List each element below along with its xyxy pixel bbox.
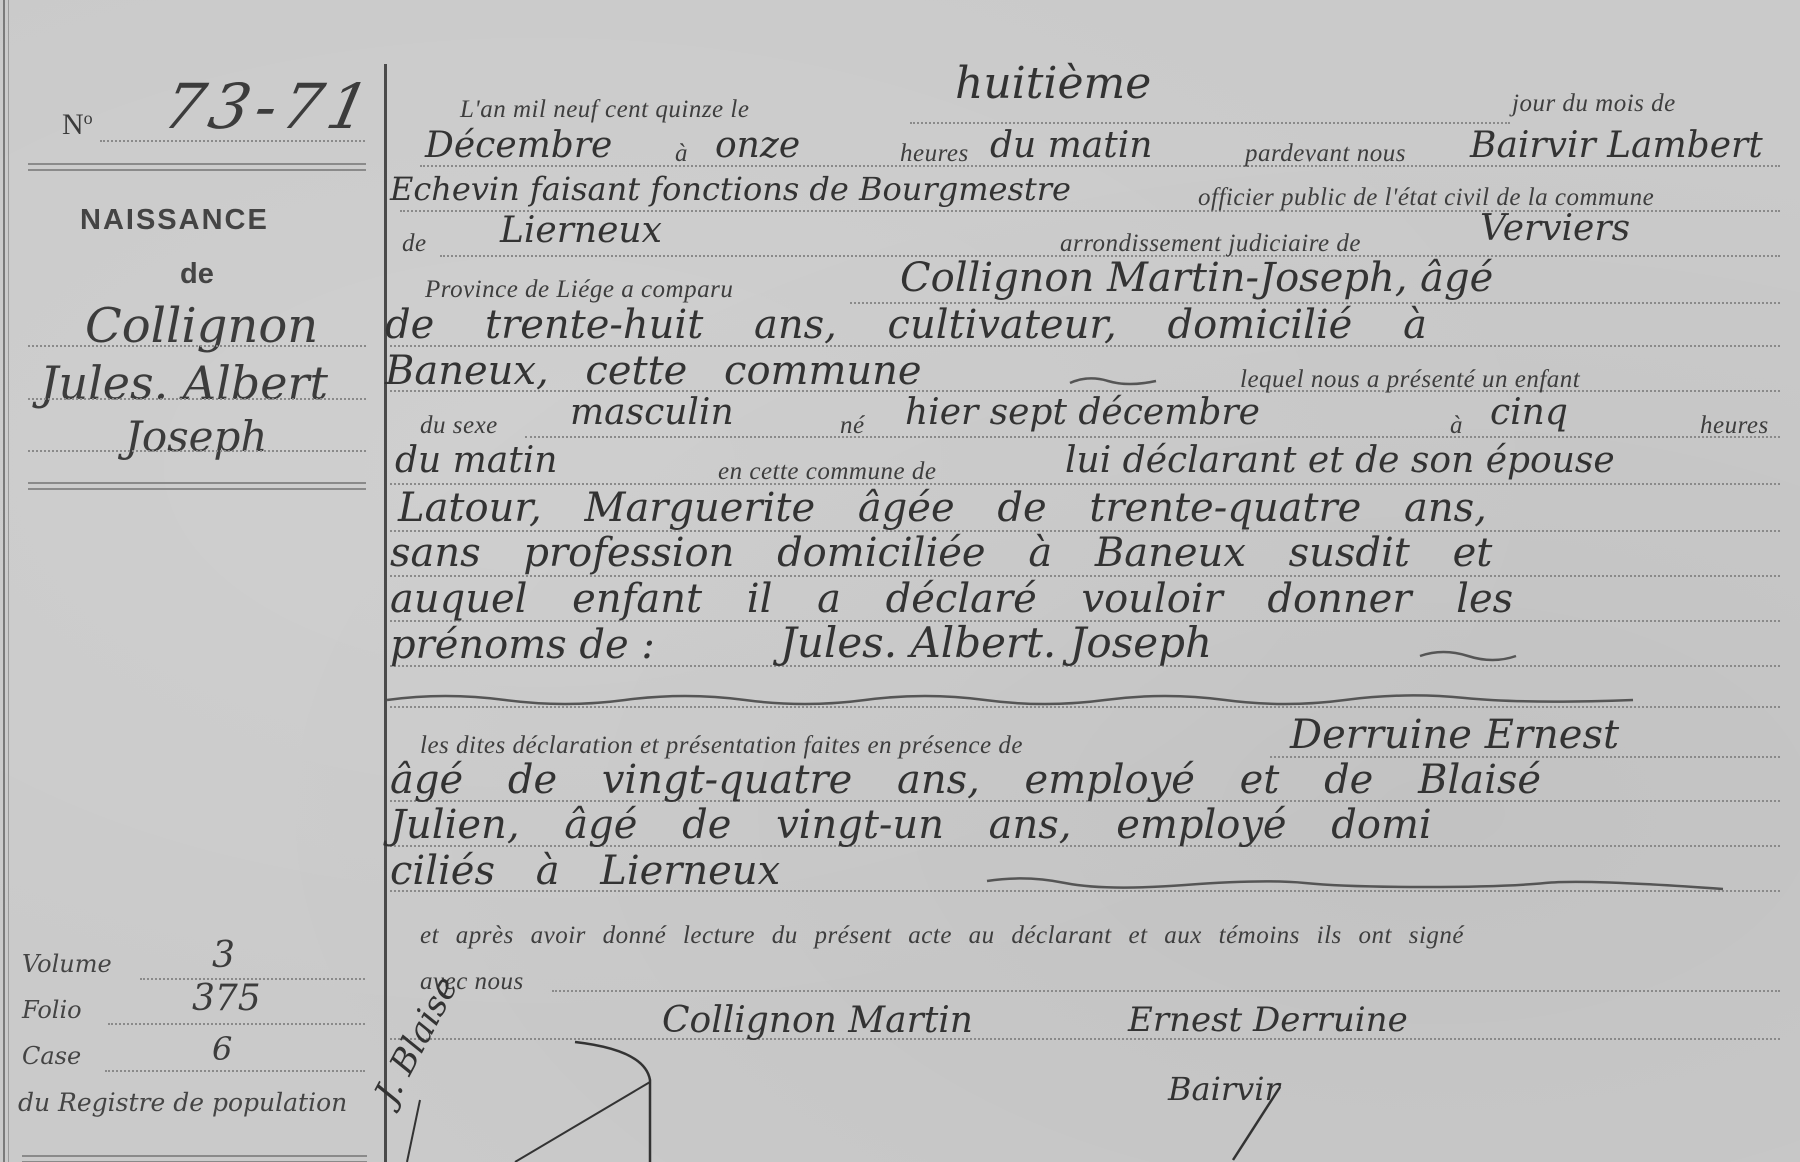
hw-witness2-details: Julien, âgé de vingt-un ans, employé dom… <box>390 802 1432 848</box>
record-type-de: de <box>180 258 214 291</box>
hw-witness1: Derruine Ernest <box>1290 712 1619 758</box>
hw-month: Décembre <box>425 125 612 166</box>
hw-birth-hour: cinq <box>1490 392 1568 433</box>
printed-pardevant-nous: pardevant nous <box>1245 140 1406 168</box>
population-register-label: du Registre de population <box>18 1088 347 1117</box>
hw-time-of-day: du matin <box>990 125 1152 166</box>
filler-wave-2 <box>1418 648 1518 662</box>
hw-sex: masculin <box>570 392 734 433</box>
printed-year-intro: L'an mil neuf cent quinze le <box>460 96 749 124</box>
record-number-label: No <box>62 108 93 142</box>
hw-declarant-details: de trente-huit ans, cultivateur, domicil… <box>385 302 1427 348</box>
margin-name-double-rule <box>28 482 366 490</box>
margin-top-double-rule <box>28 163 366 171</box>
printed-cette-commune: en cette commune de <box>718 458 936 486</box>
folio-label: Folio <box>22 996 82 1024</box>
page-edge-line-inner <box>8 0 9 1162</box>
case-label: Case <box>22 1042 81 1070</box>
hw-naming-intro: auquel enfant il a déclaré vouloir donne… <box>390 576 1513 622</box>
printed-lequel: lequel nous a présenté un enfant <box>1240 366 1580 394</box>
birth-record-page: No 73-71 NAISSANCE de Collignon Jules. A… <box>0 0 1800 1162</box>
printed-witnesses-intro: les dites déclaration et présentation fa… <box>420 732 1023 760</box>
hw-residence: Baneux, cette commune <box>385 348 922 394</box>
hw-witness-residence: ciliés à Lierneux <box>390 848 780 894</box>
printed-ne: né <box>840 412 865 440</box>
name-dotted-line-3 <box>28 450 366 452</box>
folio-value: 375 <box>192 978 261 1019</box>
hw-officer-role: Echevin faisant fonctions de Bourgmestre <box>390 170 1071 208</box>
hw-mother: Latour, Marguerite âgée de trente-quatre… <box>398 485 1487 531</box>
hw-declarant: Collignon Martin-Joseph, âgé <box>900 255 1493 301</box>
hw-birth-time-of-day: du matin <box>395 440 557 481</box>
filler-wave-1 <box>1068 373 1158 387</box>
witness2-signature-flourish <box>405 1040 665 1162</box>
signature-witness1: Ernest Derruine <box>1128 1000 1408 1040</box>
hw-commune: Lierneux <box>500 210 662 251</box>
day-dotted-line <box>910 122 1510 124</box>
hw-parents-intro: lui déclarant et de son épouse <box>1065 440 1615 481</box>
filler-wave-3 <box>985 875 1725 893</box>
name-dotted-line-2 <box>28 398 366 400</box>
printed-de: de <box>402 230 427 258</box>
volume-label: Volume <box>22 950 112 978</box>
section-closing-wave <box>385 688 1635 708</box>
page-edge-line <box>3 0 5 1162</box>
hw-day: huitième <box>955 58 1151 109</box>
record-type-title: NAISSANCE <box>80 204 269 237</box>
margin-bottom-rule <box>22 1155 367 1162</box>
printed-a-2: à <box>1450 412 1463 440</box>
hw-officer-name: Bairvir Lambert <box>1470 125 1763 166</box>
hw-prenoms-label: prénoms de : <box>390 622 655 668</box>
case-value: 6 <box>212 1030 232 1068</box>
printed-a: à <box>675 140 688 168</box>
record-number-value: 73-71 <box>157 70 381 143</box>
printed-du-sexe: du sexe <box>420 412 498 440</box>
officer-signature-flourish <box>1225 1085 1285 1162</box>
name-dotted-line-1 <box>28 345 366 347</box>
hw-arrondissement: Verviers <box>1480 208 1630 249</box>
line8-dotted <box>525 436 1780 438</box>
printed-heures: heures <box>900 140 969 168</box>
hw-birth-date: hier sept décembre <box>905 392 1260 433</box>
margin-separator-line <box>384 64 387 1162</box>
printed-province: Province de Liége a comparu <box>425 276 733 304</box>
hw-witness1-details: âgé de vingt-quatre ans, employé et de B… <box>390 757 1541 803</box>
hw-hour: onze <box>715 125 800 166</box>
folio-dotted-line <box>108 1023 365 1025</box>
case-dotted-line <box>105 1070 365 1072</box>
child-given-names-2: Joseph <box>125 412 267 461</box>
hw-child-given-names: Jules. Albert. Joseph <box>780 618 1212 667</box>
child-given-names-1: Jules. Albert <box>40 356 328 410</box>
printed-day-of-month: jour du mois de <box>1512 90 1676 118</box>
volume-value: 3 <box>212 935 235 976</box>
signature-declarant: Collignon Martin <box>662 1000 973 1041</box>
printed-arrondissement: arrondissement judiciaire de <box>1060 230 1361 258</box>
hw-mother-details: sans profession domiciliée à Baneux susd… <box>390 530 1492 576</box>
line13b-dotted <box>390 706 1780 708</box>
line19-dotted <box>552 990 1780 992</box>
printed-reading-statement: et après avoir donné lecture du présent … <box>420 922 1464 950</box>
printed-heures-2: heures <box>1700 412 1769 440</box>
